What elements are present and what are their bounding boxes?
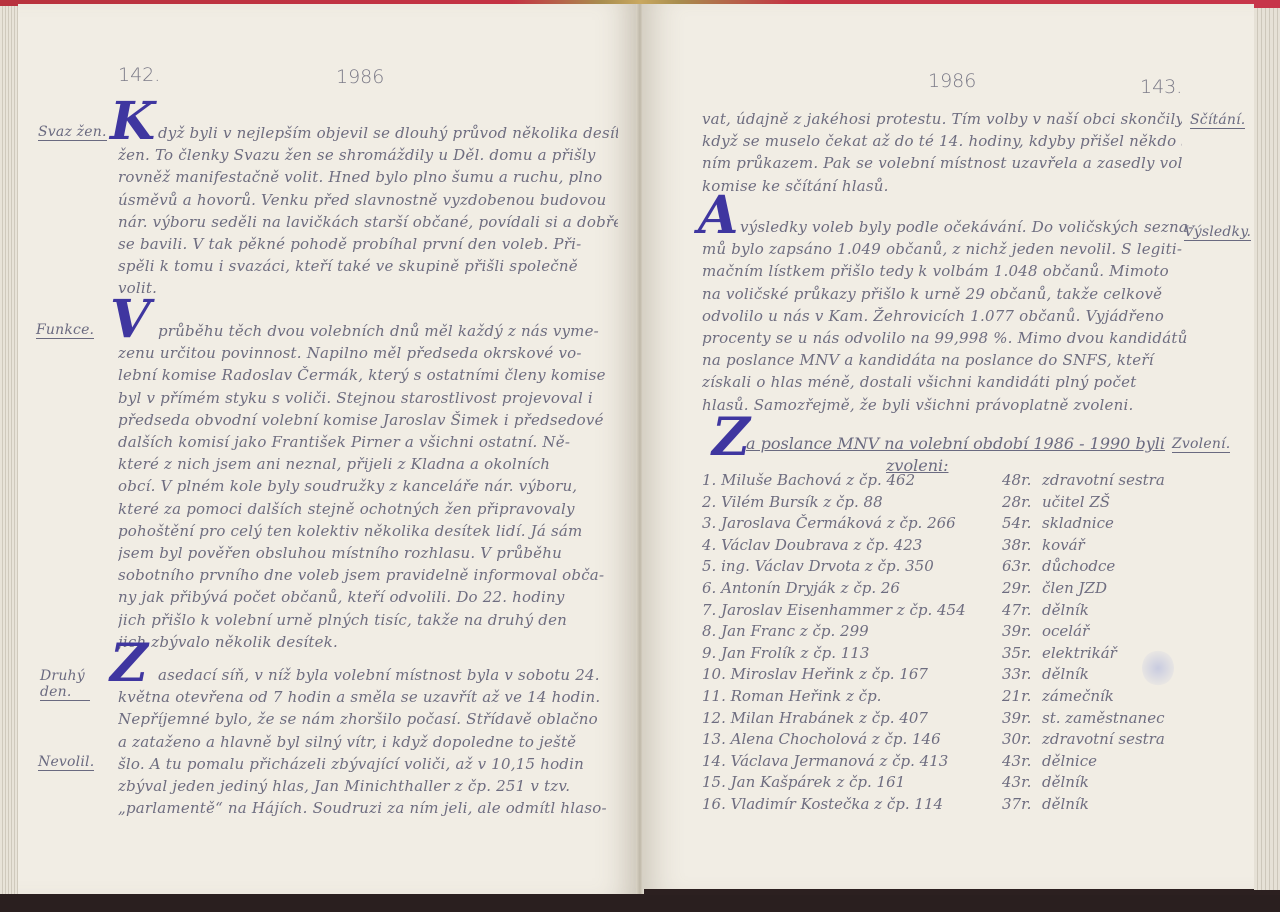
text-line: asedací síň, v níž byla volební místnost… — [118, 664, 618, 686]
text-line: pohoštění pro celý ten kolektiv několika… — [118, 520, 618, 542]
text-line: mů bylo zapsáno 1.049 občanů, z nichž je… — [702, 238, 1192, 260]
paragraph-vysledky: výsledky voleb byly podle očekávání. Do … — [702, 216, 1192, 416]
margin-note-scitani: Sčítání. — [1190, 112, 1245, 129]
deputy-name: Miroslav Heřink z čp. 167 — [731, 665, 928, 683]
text-line: nár. výboru seděli na lavičkách starší o… — [118, 211, 618, 233]
text-line: výsledky voleb byly podle očekávání. Do … — [702, 216, 1192, 238]
text-line: jich zbývalo několik desítek. — [118, 631, 618, 653]
left-page: 142. 1986 Svaz žen. K dyž byli v nejlepš… — [18, 4, 638, 894]
elected-heading: a poslance MNV na volební období 1986 - … — [746, 434, 1165, 453]
left-page-edges — [0, 6, 18, 894]
text-line: obcí. V plném kole byly soudružky z kanc… — [118, 475, 618, 497]
item-number: 13. — [702, 730, 726, 748]
deputy-occupation: kovář — [1042, 535, 1242, 557]
item-number: 8. — [702, 622, 716, 640]
text-line: úsměvů a hovorů. Venku před slavnostně v… — [118, 189, 618, 211]
text-line: když se muselo čekat až do té 14. hodiny… — [702, 130, 1182, 152]
deputy-age: 37r. — [1002, 794, 1042, 816]
deputy-age: 35r. — [1002, 643, 1042, 665]
text-line: zbýval jeden jediný hlas, Jan Minichthal… — [118, 775, 618, 797]
deputy-name: Alena Chocholová z čp. 146 — [731, 730, 941, 748]
page-year: 1986 — [928, 70, 976, 92]
deputy-occupation: ocelář — [1042, 621, 1242, 643]
deputy-occupation: dělnice — [1042, 751, 1242, 773]
elected-heading-text: a poslance MNV na volební období 1986 - … — [746, 434, 1165, 453]
list-item: 15. Jan Kašpárek z čp. 16143r.dělník — [702, 772, 1242, 794]
text-line: dalších komisí jako František Pirner a v… — [118, 431, 618, 453]
deputy-name: Jan Kašpárek z čp. 161 — [731, 773, 906, 791]
deputy-age: 39r. — [1002, 621, 1042, 643]
item-number: 3. — [702, 514, 716, 532]
text-line: žen. To členky Svazu žen se shromáždily … — [118, 144, 618, 166]
text-line: a zataženo a hlavně byl silný vítr, i kd… — [118, 731, 618, 753]
text-line: volit. — [118, 277, 618, 299]
deputy-name: Jaroslav Eisenhammer z čp. 454 — [721, 601, 966, 619]
text-line: spěli k tomu i svazáci, kteří také ve sk… — [118, 255, 618, 277]
item-number: 7. — [702, 601, 716, 619]
page-number: 143. — [1140, 76, 1182, 98]
list-item: 2. Vilém Bursík z čp. 8828r.učitel ZŠ — [702, 492, 1242, 514]
deputy-occupation: dělník — [1042, 600, 1242, 622]
margin-note-druhy-den: Druhý den. — [40, 668, 90, 701]
paragraph-svaz-zen: dyž byli v nejlepším objevil se dlouhý p… — [118, 122, 618, 300]
deputy-occupation: dělník — [1042, 794, 1242, 816]
text-line: byl v přímém styku s voliči. Stejnou sta… — [118, 387, 618, 409]
text-line: vat, údajně z jakéhosi protestu. Tím vol… — [702, 108, 1182, 130]
item-number: 2. — [702, 493, 716, 511]
deputy-age: 43r. — [1002, 772, 1042, 794]
text-line: na voličské průkazy přišlo k urně 29 obč… — [702, 283, 1192, 305]
deputy-age: 33r. — [1002, 664, 1042, 686]
list-item: 3. Jaroslava Čermáková z čp. 26654r.skla… — [702, 513, 1242, 535]
item-number: 14. — [702, 752, 726, 770]
deputy-age: 54r. — [1002, 513, 1042, 535]
item-number: 15. — [702, 773, 726, 791]
deputy-name: ing. Václav Drvota z čp. 350 — [721, 557, 934, 575]
deputy-name: Václav Doubrava z čp. 423 — [721, 536, 922, 554]
margin-note-svaz-zen: Svaz žen. — [38, 124, 107, 141]
list-item: 6. Antonín Dryják z čp. 2629r.člen JZD — [702, 578, 1242, 600]
margin-note-zvoleni: Zvolení. — [1172, 436, 1230, 453]
list-item: 14. Václava Jermanová z čp. 41343r.dělni… — [702, 751, 1242, 773]
right-page-edges — [1254, 8, 1280, 890]
margin-note-nevolil: Nevolil. — [38, 754, 94, 771]
list-item: 5. ing. Václav Drvota z čp. 35063r.důcho… — [702, 556, 1242, 578]
deputy-age: 29r. — [1002, 578, 1042, 600]
item-number: 9. — [702, 644, 716, 662]
text-line: procenty se u nás odvolilo na 99,998 %. … — [702, 327, 1192, 349]
text-line: května otevřena od 7 hodin a směla se uz… — [118, 686, 618, 708]
deputy-occupation: zdravotní sestra — [1042, 729, 1242, 751]
deputy-name: Jaroslava Čermáková z čp. 266 — [721, 514, 956, 532]
text-line: zenu určitou povinnost. Napilno měl před… — [118, 342, 618, 364]
deputy-occupation: zámečník — [1042, 686, 1242, 708]
list-item: 11. Roman Heřink z čp.21r.zámečník — [702, 686, 1242, 708]
text-line: šlo. A tu pomalu přicházeli zbývající vo… — [118, 753, 618, 775]
deputy-age: 30r. — [1002, 729, 1042, 751]
text-line: lební komise Radoslav Čermák, který s os… — [118, 364, 618, 386]
text-line: hlasů. Samozřejmě, že byli všichni právo… — [702, 394, 1192, 416]
right-page: 1986 143. vat, údajně z jakéhosi protest… — [642, 4, 1254, 889]
deputy-name: Milan Hrabánek z čp. 407 — [731, 709, 928, 727]
text-line: sobotního prvního dne voleb jsem pravide… — [118, 564, 618, 586]
text-line: odvolilo u nás v Kam. Žehrovicích 1.077 … — [702, 305, 1192, 327]
list-item: 16. Vladimír Kostečka z čp. 11437r.dělní… — [702, 794, 1242, 816]
item-number: 5. — [702, 557, 716, 575]
item-number: 16. — [702, 795, 726, 813]
text-line: mačním lístkem přišlo tedy k volbám 1.04… — [702, 260, 1192, 282]
text-line: předseda obvodní volební komise Jaroslav… — [118, 409, 618, 431]
deputy-name: Vladimír Kostečka z čp. 114 — [731, 795, 943, 813]
faint-stamp-mark — [1142, 650, 1174, 686]
margin-note-funkce: Funkce. — [36, 322, 94, 339]
deputy-occupation: dělník — [1042, 772, 1242, 794]
paragraph-druhy-den: asedací síň, v níž byla volební místnost… — [118, 664, 618, 819]
deputy-age: 43r. — [1002, 751, 1042, 773]
item-number: 11. — [702, 687, 726, 705]
deputy-age: 38r. — [1002, 535, 1042, 557]
list-item: 4. Václav Doubrava z čp. 42338r.kovář — [702, 535, 1242, 557]
text-line: jsem byl pověřen obsluhou místního rozhl… — [118, 542, 618, 564]
deputy-occupation: zdravotní sestra — [1042, 470, 1242, 492]
page-number: 142. — [118, 64, 160, 86]
deputy-occupation: důchodce — [1042, 556, 1242, 578]
text-line: jich přišlo k volební urně plných tisíc,… — [118, 609, 618, 631]
item-number: 6. — [702, 579, 716, 597]
deputy-age: 63r. — [1002, 556, 1042, 578]
deputy-name: Jan Franc z čp. 299 — [721, 622, 869, 640]
text-line: Nepříjemné bylo, že se nám zhoršilo poča… — [118, 708, 618, 730]
item-number: 4. — [702, 536, 716, 554]
deputy-age: 39r. — [1002, 708, 1042, 730]
deputy-name: Miluše Bachová z čp. 462 — [721, 471, 915, 489]
text-line: komise ke sčítání hlasů. — [702, 175, 1182, 197]
list-item: 12. Milan Hrabánek z čp. 40739r.st. zamě… — [702, 708, 1242, 730]
deputies-list: 1. Miluše Bachová z čp. 46248r.zdravotní… — [702, 470, 1242, 816]
text-line: rovněž manifestačně volit. Hned bylo pln… — [118, 166, 618, 188]
list-item: 8. Jan Franc z čp. 29939r.ocelář — [702, 621, 1242, 643]
page-year: 1986 — [336, 66, 384, 88]
text-line: které z nich jsem ani neznal, přijeli z … — [118, 453, 618, 475]
deputy-name: Václava Jermanová z čp. 413 — [731, 752, 949, 770]
initial-letter-z: Z — [712, 412, 750, 464]
list-item: 1. Miluše Bachová z čp. 46248r.zdravotní… — [702, 470, 1242, 492]
deputy-occupation: učitel ZŠ — [1042, 492, 1242, 514]
deputy-age: 28r. — [1002, 492, 1042, 514]
text-line: které za pomoci dalších stejně ochotných… — [118, 498, 618, 520]
deputy-name: Antonín Dryják z čp. 26 — [721, 579, 900, 597]
deputy-name: Jan Frolík z čp. 113 — [721, 644, 869, 662]
text-line: dyž byli v nejlepším objevil se dlouhý p… — [118, 122, 618, 144]
margin-note-vysledky: Výsledky. — [1184, 224, 1251, 241]
item-number: 1. — [702, 471, 716, 489]
item-number: 12. — [702, 709, 726, 727]
deputy-occupation: st. zaměstnanec — [1042, 708, 1242, 730]
deputy-name: Vilém Bursík z čp. 88 — [721, 493, 883, 511]
text-line: ny jak přibývá počet občanů, kteří odvol… — [118, 586, 618, 608]
list-item: 13. Alena Chocholová z čp. 14630r.zdravo… — [702, 729, 1242, 751]
text-line: získali o hlas méně, dostali všichni kan… — [702, 371, 1192, 393]
deputy-age: 48r. — [1002, 470, 1042, 492]
text-line: průběhu těch dvou volebních dnů měl každ… — [118, 320, 618, 342]
deputy-age: 47r. — [1002, 600, 1042, 622]
text-line: na poslance MNV a kandidáta na poslance … — [702, 349, 1192, 371]
list-item: 7. Jaroslav Eisenhammer z čp. 45447r.děl… — [702, 600, 1242, 622]
book-cover-bottom — [0, 895, 1280, 912]
paragraph-continuation: vat, údajně z jakéhosi protestu. Tím vol… — [702, 108, 1182, 197]
paragraph-funkce: průběhu těch dvou volebních dnů měl každ… — [118, 320, 618, 653]
deputy-occupation: skladnice — [1042, 513, 1242, 535]
text-line: ním průkazem. Pak se volební místnost uz… — [702, 152, 1182, 174]
item-number: 10. — [702, 665, 726, 683]
deputy-occupation: člen JZD — [1042, 578, 1242, 600]
deputy-name: Roman Heřink z čp. — [731, 687, 882, 705]
margin-note-text: Druhý den. — [40, 668, 90, 701]
text-line: se bavili. V tak pěkné pohodě probíhal p… — [118, 233, 618, 255]
deputy-age: 21r. — [1002, 686, 1042, 708]
text-line: „parlamentě“ na Hájích. Soudruzi za ním … — [118, 797, 618, 819]
